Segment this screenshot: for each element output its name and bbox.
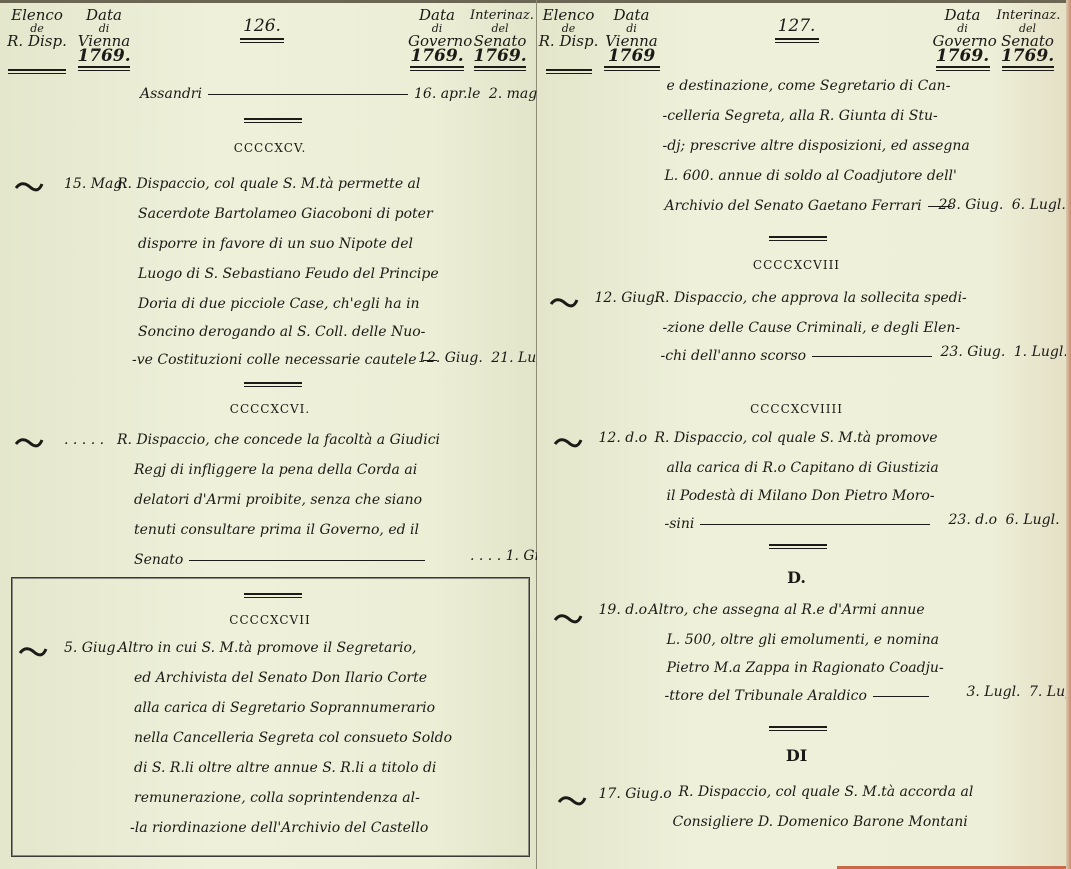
date-governo: 16. apr.le (414, 86, 480, 102)
header-col-elenco: Elenco de R. Disp. (4, 8, 70, 74)
entry-line: di S. R.li oltre altre annue S. R.li a t… (134, 760, 436, 776)
header-rule (474, 66, 526, 71)
entry-last-line: -chi dell'anno scorso (661, 348, 939, 364)
entry-line-text: Senato (134, 552, 183, 568)
fill-line (873, 696, 929, 697)
entry-date-vienna: 12. Giug. (595, 290, 660, 306)
entry-line-text: -ttore del Tribunale Araldico (665, 688, 867, 704)
entry-line: alla carica di R.o Capitano di Giustizia (667, 460, 939, 476)
entry-line: -la riordinazione dell'Archivio del Cast… (130, 820, 428, 836)
header-year: 1769. (408, 49, 466, 64)
header-col-governo: Data di Governo 1769. (933, 8, 993, 71)
fill-line (189, 560, 425, 561)
carryover-text: Assandri (140, 86, 202, 102)
entry-date-vienna: 5. Giug. (64, 640, 120, 656)
header-label: Elenco (4, 8, 70, 23)
header-col-elenco: Elenco de R. Disp. (539, 8, 599, 74)
header-col-senato: Interinaz. del Senato 1769. (997, 8, 1059, 71)
entry-last-line: Archivio del Senato Gaetano Ferrari (665, 198, 958, 214)
entry-date-vienna: . . . . . (64, 432, 104, 448)
entry-dates: 12. Giug. 21. Lugl. (418, 350, 554, 366)
entry-line: Altro, che assegna al R.e d'Armi annue (649, 602, 925, 618)
entry-line: delatori d'Armi proibite, senza che sian… (134, 492, 422, 508)
header-rule (8, 69, 66, 74)
entry-line: -dj; prescrive altre disposizioni, ed as… (663, 138, 970, 154)
entry-date-vienna: 19. d.o (599, 602, 648, 618)
fill-line (208, 94, 408, 95)
entry-line: Pietro M.a Zappa in Ragionato Coadju- (667, 660, 944, 676)
header-year: 1769. (933, 49, 993, 64)
header-label: Elenco (539, 8, 599, 23)
entry-line: -celleria Segreta, alla R. Giunta di Stu… (663, 108, 938, 124)
entry-number: CCCCXCV. (200, 141, 340, 155)
date-governo: 12. Giug. (418, 350, 483, 366)
header-year: 1769. (470, 49, 530, 64)
entry-line: Altro in cui S. M.tà promove il Segretar… (118, 640, 416, 656)
header-label: R. Disp. (539, 34, 599, 49)
right-page: Elenco de R. Disp. Data di Vienna 1769 1… (537, 0, 1071, 869)
top-edge (0, 0, 536, 3)
entry-line: Doria di due picciole Case, ch'egli ha i… (138, 296, 420, 312)
entry-line: Sacerdote Bartolameo Giacoboni di poter (138, 206, 433, 222)
date-governo: 23. Giug. (941, 344, 1006, 360)
page-number-text: 126. (232, 16, 292, 36)
entry-date-vienna: 12. d.o (599, 430, 648, 446)
section-separator (244, 118, 302, 123)
header-rule (936, 66, 990, 71)
page-number: 126. (232, 16, 292, 43)
header-col-senato: Interinaz. del Senato 1769. (470, 8, 530, 71)
carryover-dates: 16. apr.le 2. mag. (414, 86, 542, 102)
section-separator (769, 236, 827, 241)
entry-line-text: Archivio del Senato Gaetano Ferrari (665, 198, 922, 214)
entry-line: nella Cancelleria Segreta col consueto S… (134, 730, 452, 746)
entry-number: CCCCXCVI. (200, 402, 340, 416)
header-label: Data (408, 8, 466, 23)
entry-line: R. Dispaccio, col quale S. M.tà accorda … (679, 784, 974, 800)
flourish-icon (553, 612, 583, 624)
header-year: 1769. (74, 49, 134, 64)
entry-line-text: -sini (665, 516, 695, 532)
header-year: 1769 (601, 49, 663, 64)
section-separator (769, 726, 827, 731)
entry-line: R. Dispaccio, col quale S. M.tà permette… (117, 176, 420, 192)
entry-line: L. 600. annue di soldo al Coadjutore del… (665, 168, 957, 184)
section-separator (769, 544, 827, 549)
entry-number: D. (727, 568, 867, 587)
entry-line-text: -chi dell'anno scorso (661, 348, 807, 364)
page-number-rule (775, 38, 819, 43)
entry-number: DI (727, 746, 867, 765)
header-rule (546, 69, 592, 74)
header-label: Interinaz. (997, 8, 1059, 23)
entry-line: Luogo di S. Sebastiano Feudo del Princip… (138, 266, 439, 282)
date-senato: 2. mag. (489, 86, 542, 102)
entry-dates: 23. Giug. 1. Lugl. (941, 344, 1068, 360)
entry-line: ed Archivista del Senato Don Ilario Cort… (134, 670, 427, 686)
entry-number: CCCCXCVII (200, 613, 340, 627)
header-year: 1769. (997, 49, 1059, 64)
date-senato: 1. Lugl. (1014, 344, 1068, 360)
flourish-icon (549, 296, 579, 308)
entry-dates: 28. Giug. 6. Lugl. (939, 197, 1066, 213)
header-rule (1002, 66, 1054, 71)
header-rule (78, 66, 130, 71)
left-page: Elenco de R. Disp. Data di Vienna 1769. … (0, 0, 537, 869)
entry-line: disporre in favore di un suo Nipote del (138, 236, 413, 252)
header-label: R. Disp. (4, 34, 70, 49)
date-governo: 3. Lugl. (967, 684, 1021, 700)
entry-line: Regj di infliggere la pena della Corda a… (134, 462, 417, 478)
entry-line: Soncino derogando al S. Coll. delle Nuo- (138, 324, 425, 340)
section-separator (244, 593, 302, 598)
entry-line: remunerazione, colla soprintendenza al- (134, 790, 420, 806)
flourish-icon (553, 436, 583, 448)
entry-line: R. Dispaccio, che approva la sollecita s… (655, 290, 967, 306)
header-label: Data (74, 8, 134, 23)
top-edge (537, 0, 1071, 3)
entry-number: CCCCXCVIIII (727, 402, 867, 416)
ledger-spread: Elenco de R. Disp. Data di Vienna 1769. … (0, 0, 1071, 869)
section-separator (244, 382, 302, 387)
entry-number: CCCCXCVIII (727, 258, 867, 272)
header-label: Data (601, 8, 663, 23)
header-rule (604, 66, 660, 71)
entry-last-line: -ve Costituzioni colle necessarie cautel… (132, 352, 443, 368)
date-senato: 7. Lugl. (1029, 684, 1071, 700)
carryover-line: Assandri (140, 86, 414, 102)
page-number-text: 127. (767, 16, 827, 36)
entry-line: il Podestà di Milano Don Pietro Moro- (667, 488, 935, 504)
page-number-rule (240, 38, 284, 43)
date-senato: 6. Lugl. (1006, 512, 1060, 528)
page-number: 127. (767, 16, 827, 43)
entry-line: L. 500, oltre gli emolumenti, e nomina (667, 632, 940, 648)
date-senato: 6. Lugl. (1012, 197, 1066, 213)
date-governo: 23. d.o (949, 512, 998, 528)
entry-last-line: Senato (134, 552, 431, 568)
header-col-governo: Data di Governo 1769. (408, 8, 466, 71)
header-label: Interinaz. (470, 8, 530, 23)
flourish-icon (557, 794, 587, 806)
flourish-icon (14, 436, 44, 448)
header-col-vienna: Data di Vienna 1769. (74, 8, 134, 71)
fill-line (812, 356, 932, 357)
entry-line: Consigliere D. Domenico Barone Montani (673, 814, 968, 830)
entry-date-vienna: 17. Giug.o (599, 786, 672, 802)
date-governo: . . . . (470, 548, 501, 564)
header-label: Data (933, 8, 993, 23)
entry-line-text: -ve Costituzioni colle necessarie cautel… (132, 352, 417, 368)
entry-line: e destinazione, come Segretario di Can- (667, 78, 951, 94)
entry-line: R. Dispaccio, che concede la facoltà a G… (117, 432, 440, 448)
flourish-icon (18, 645, 48, 657)
entry-line: R. Dispaccio, col quale S. M.tà promove (655, 430, 938, 446)
header-col-vienna: Data di Vienna 1769 (601, 8, 663, 71)
entry-dates: 3. Lugl. 7. Lugl. (967, 684, 1071, 700)
header-rule (410, 66, 464, 71)
entry-last-line: -sini (665, 516, 937, 532)
entry-line: alla carica di Segretario Soprannumerari… (134, 700, 435, 716)
entry-last-line: -ttore del Tribunale Araldico (665, 688, 935, 704)
entry-line: tenuti consultare prima il Governo, ed i… (134, 522, 419, 538)
fill-line (700, 524, 930, 525)
entry-dates: 23. d.o 6. Lugl. (949, 512, 1060, 528)
date-governo: 28. Giug. (939, 197, 1004, 213)
flourish-icon (14, 180, 44, 192)
entry-line: -zione delle Cause Criminali, e degli El… (663, 320, 961, 336)
